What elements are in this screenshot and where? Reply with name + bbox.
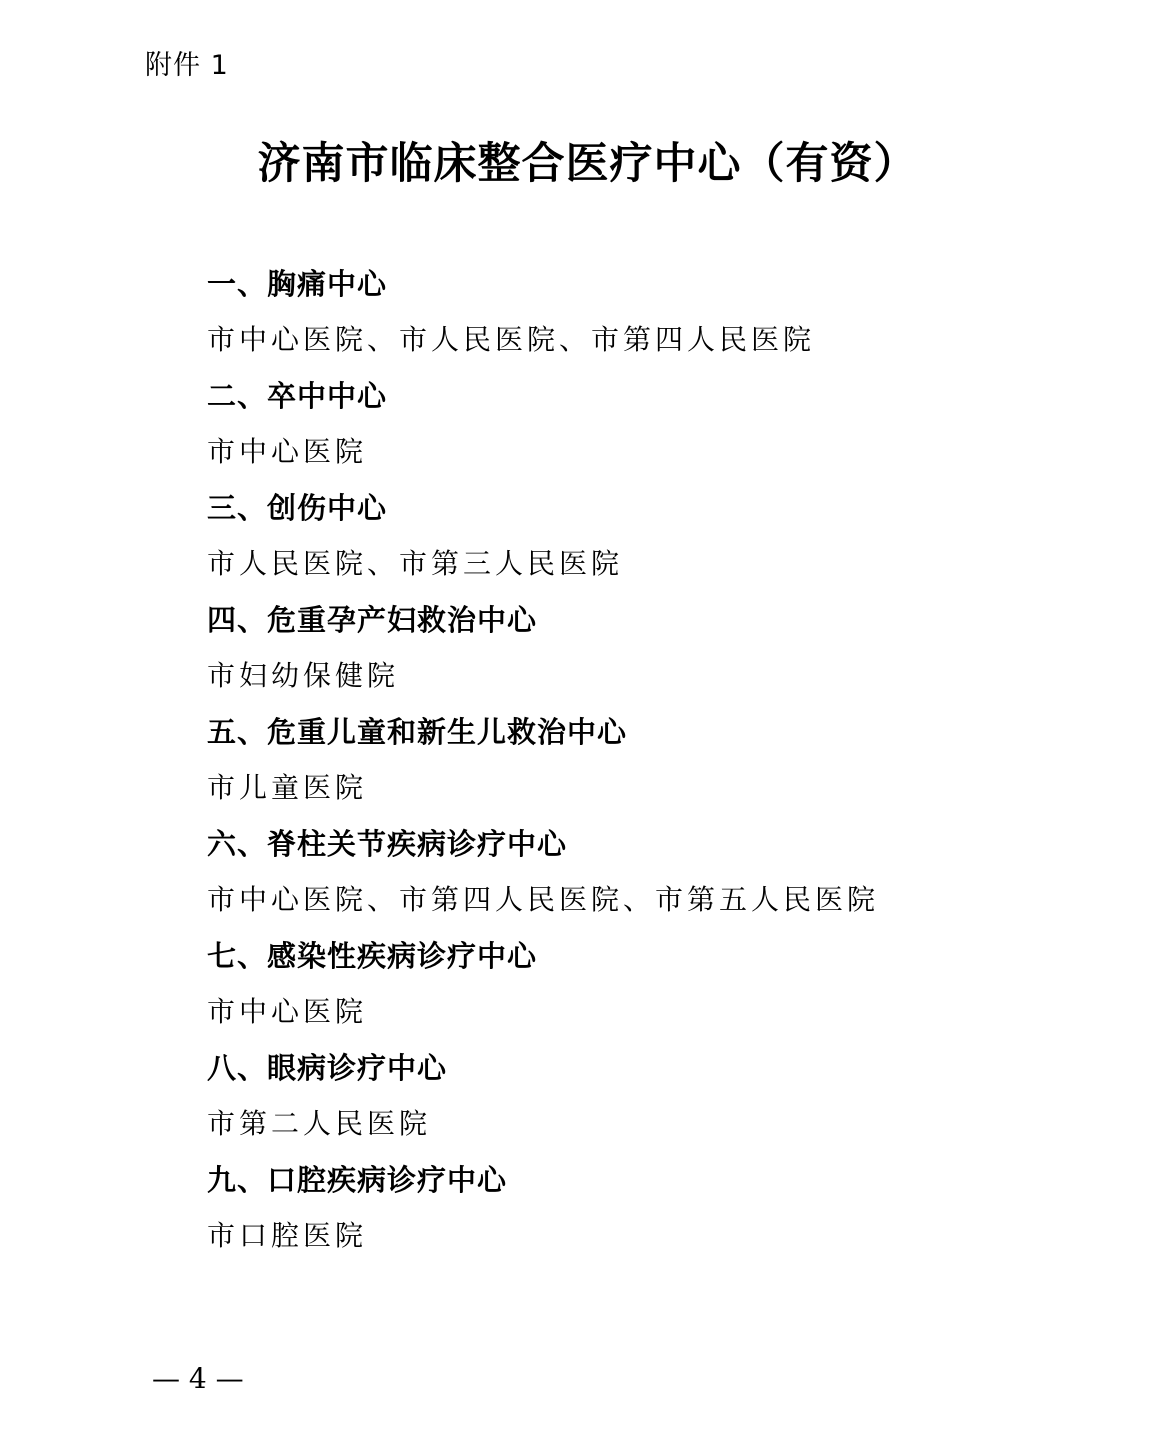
section-hospitals: 市中心医院 (207, 984, 1107, 1040)
section-hospitals: 市人民医院、市第三人民医院 (207, 536, 1107, 592)
section-heading: 三、创伤中心 (207, 480, 1107, 536)
section-heading: 六、脊柱关节疾病诊疗中心 (207, 816, 1107, 872)
section-maternal: 四、危重孕产妇救治中心 市妇幼保健院 (207, 592, 1107, 704)
section-hospitals: 市中心医院、市人民医院、市第四人民医院 (207, 312, 1107, 368)
section-infectious: 七、感染性疾病诊疗中心 市中心医院 (207, 928, 1107, 1040)
section-hospitals: 市口腔医院 (207, 1208, 1107, 1264)
section-hospitals: 市中心医院、市第四人民医院、市第五人民医院 (207, 872, 1107, 928)
section-spine-joint: 六、脊柱关节疾病诊疗中心 市中心医院、市第四人民医院、市第五人民医院 (207, 816, 1107, 928)
section-oral: 九、口腔疾病诊疗中心 市口腔医院 (207, 1152, 1107, 1264)
section-hospitals: 市第二人民医院 (207, 1096, 1107, 1152)
section-heading: 一、胸痛中心 (207, 256, 1107, 312)
section-eye: 八、眼病诊疗中心 市第二人民医院 (207, 1040, 1107, 1152)
section-heading: 七、感染性疾病诊疗中心 (207, 928, 1107, 984)
section-hospitals: 市儿童医院 (207, 760, 1107, 816)
section-chest-pain: 一、胸痛中心 市中心医院、市人民医院、市第四人民医院 (207, 256, 1107, 368)
page-number: — 4 — (152, 1362, 244, 1396)
section-hospitals: 市妇幼保健院 (207, 648, 1107, 704)
section-hospitals: 市中心医院 (207, 424, 1107, 480)
document-title: 济南市临床整合医疗中心（有资） (0, 134, 1161, 194)
section-list: 一、胸痛中心 市中心医院、市人民医院、市第四人民医院 二、卒中中心 市中心医院 … (207, 256, 1107, 1264)
attachment-label: 附件 1 (145, 48, 229, 84)
section-heading: 二、卒中中心 (207, 368, 1107, 424)
section-heading: 四、危重孕产妇救治中心 (207, 592, 1107, 648)
section-trauma: 三、创伤中心 市人民医院、市第三人民医院 (207, 480, 1107, 592)
section-heading: 八、眼病诊疗中心 (207, 1040, 1107, 1096)
section-heading: 五、危重儿童和新生儿救治中心 (207, 704, 1107, 760)
section-stroke: 二、卒中中心 市中心医院 (207, 368, 1107, 480)
section-pediatric: 五、危重儿童和新生儿救治中心 市儿童医院 (207, 704, 1107, 816)
section-heading: 九、口腔疾病诊疗中心 (207, 1152, 1107, 1208)
